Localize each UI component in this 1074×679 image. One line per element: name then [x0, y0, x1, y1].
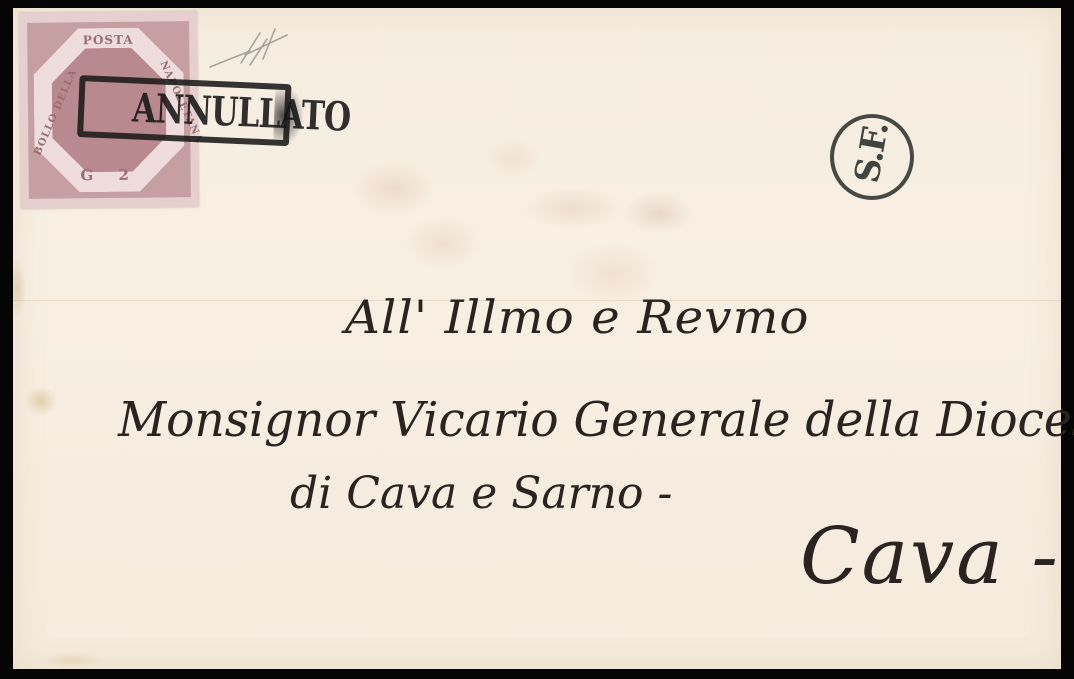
address-line-1: All' Illmo e Revmo	[345, 290, 810, 344]
cancel-text: ANNULLATO	[131, 84, 289, 138]
stamp-value: G 2	[21, 165, 199, 185]
address-line-3: di Cava e Sarno -	[290, 468, 672, 519]
stamp-top-text: POSTA	[19, 32, 197, 48]
ink-smudge	[273, 86, 306, 147]
annullato-cancel: ANNULLATO	[76, 75, 309, 159]
handstamp-text: S.F.	[846, 112, 899, 194]
address-line-2: Monsignor Vicario Generale della Diocesi	[118, 392, 1074, 448]
sf-circular-handstamp: S.F.	[830, 114, 914, 200]
address-destination: Cava -	[800, 512, 1060, 602]
pencil-notation	[205, 25, 290, 75]
